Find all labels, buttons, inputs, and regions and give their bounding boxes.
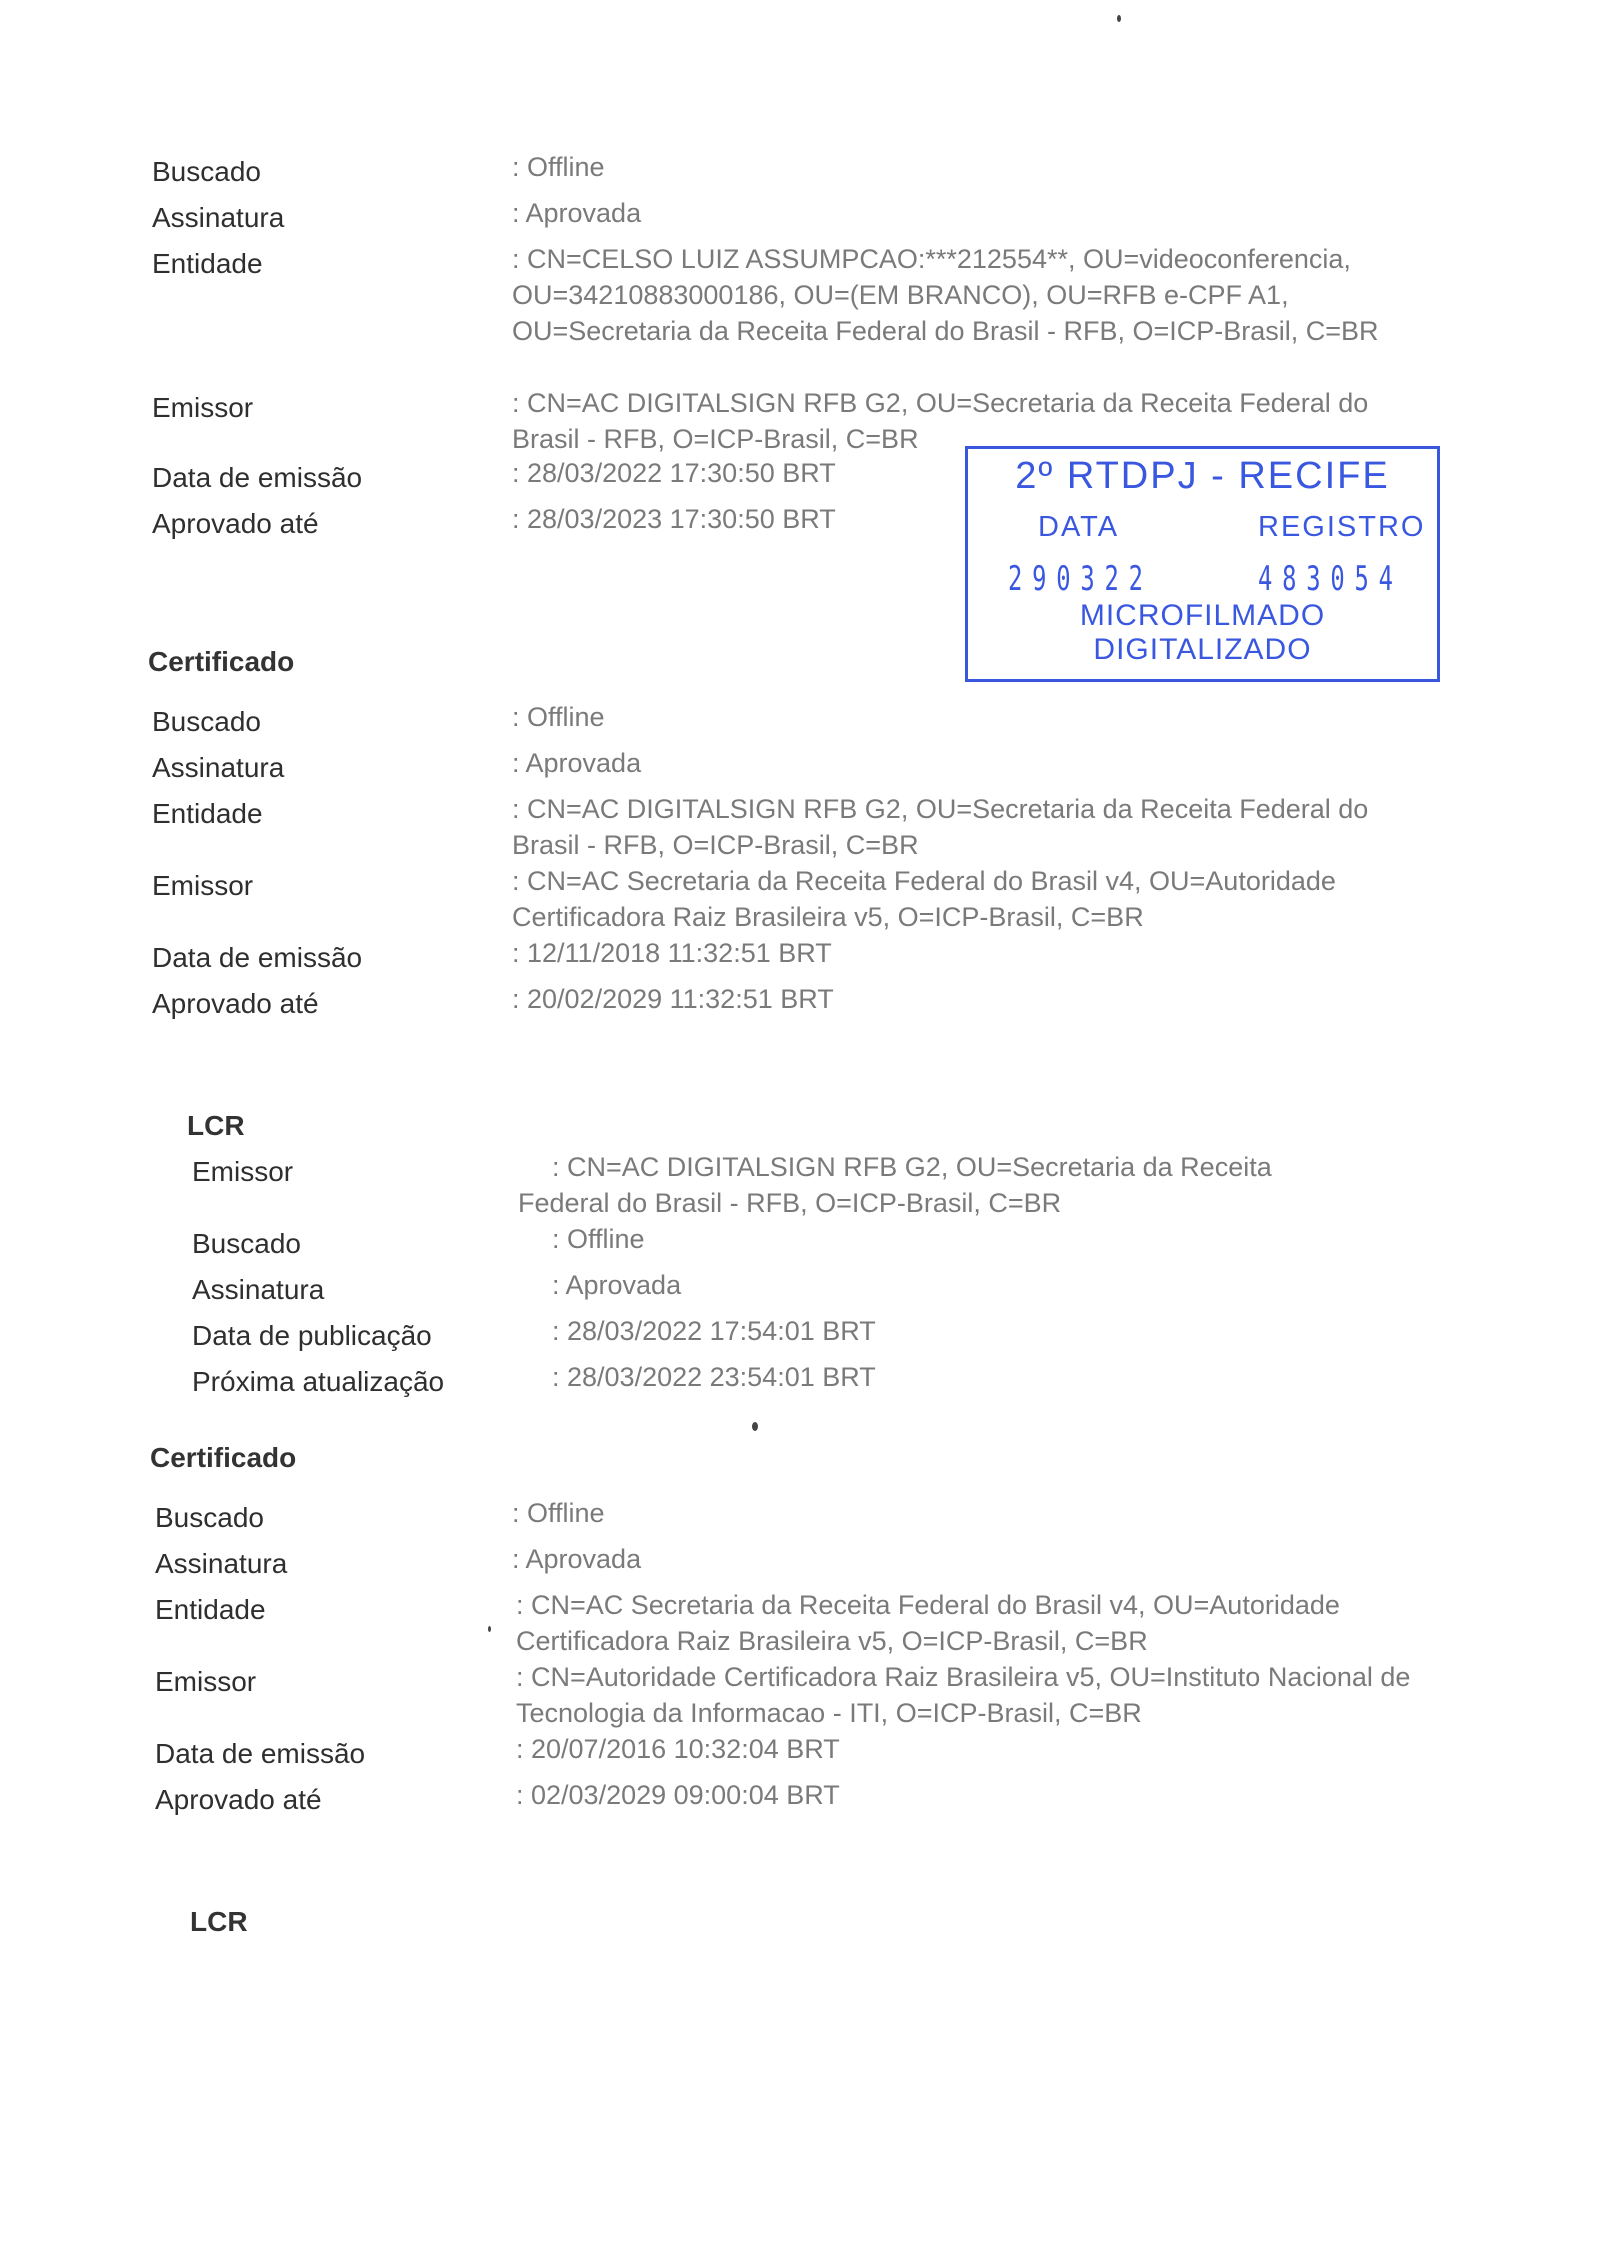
section-heading: Certificado: [148, 646, 294, 678]
field-value: : CN=AC Secretaria da Receita Federal do…: [512, 863, 1452, 935]
field-value: : Aprovada: [512, 195, 1472, 231]
field-value: : Aprovada: [512, 1541, 1472, 1577]
field-value: : Offline: [512, 699, 1472, 735]
field-value: : 12/11/2018 11:32:51 BRT: [512, 935, 912, 971]
section-heading: Certificado: [150, 1442, 296, 1474]
field-label: Aprovado até: [152, 508, 319, 540]
field-value: : 20/02/2029 11:32:51 BRT: [512, 981, 912, 1017]
field-label: Buscado: [155, 1502, 264, 1534]
field-label: Aprovado até: [155, 1784, 322, 1816]
field-value: : Offline: [512, 1495, 1472, 1531]
field-value: : Aprovada: [552, 1267, 1052, 1303]
field-label: Data de emissão: [152, 462, 362, 494]
field-value: : CN=AC DIGITALSIGN RFB G2, OU=Secretari…: [518, 1149, 1368, 1221]
field-value: : 20/07/2016 10:32:04 BRT: [516, 1731, 916, 1767]
field-label: Próxima atualização: [192, 1366, 444, 1398]
field-label: Assinatura: [155, 1548, 287, 1580]
field-value: : Offline: [552, 1221, 1052, 1257]
field-value: : 28/03/2022 17:54:01 BRT: [552, 1313, 1052, 1349]
stamp-title: 2º RTDPJ - RECIFE: [968, 455, 1437, 498]
field-value: : 28/03/2022 23:54:01 BRT: [552, 1359, 1052, 1395]
stamp-date-value: 290322: [1008, 559, 1153, 599]
stamp-date-label: DATA: [1038, 511, 1119, 544]
field-value: : CN=CELSO LUIZ ASSUMPCAO:***212554**, O…: [512, 241, 1442, 349]
field-label: Data de emissão: [152, 942, 362, 974]
field-label: Data de publicação: [192, 1320, 432, 1352]
field-label: Assinatura: [152, 202, 284, 234]
stamp-registry-label: REGISTRO: [1258, 511, 1425, 544]
field-label: Emissor: [155, 1666, 256, 1698]
scan-speck: [752, 1422, 758, 1431]
field-label: Entidade: [152, 798, 263, 830]
field-value: : 02/03/2029 09:00:04 BRT: [516, 1777, 916, 1813]
scan-speck: [1117, 15, 1121, 22]
field-label: Emissor: [152, 392, 253, 424]
field-value: : CN=AC Secretaria da Receita Federal do…: [516, 1587, 1456, 1659]
field-label: Buscado: [152, 706, 261, 738]
field-label: Assinatura: [192, 1274, 324, 1306]
section-heading: LCR: [190, 1906, 248, 1938]
field-label: Emissor: [192, 1156, 293, 1188]
field-label: Aprovado até: [152, 988, 319, 1020]
field-value: : CN=Autoridade Certificadora Raiz Brasi…: [516, 1659, 1456, 1731]
section-heading: LCR: [187, 1110, 245, 1142]
stamp-registry-value: 483054: [1258, 559, 1403, 599]
field-label: Entidade: [152, 248, 263, 280]
field-label: Assinatura: [152, 752, 284, 784]
scan-speck: [488, 1626, 491, 1632]
registry-stamp: 2º RTDPJ - RECIFE DATA REGISTRO 290322 4…: [965, 446, 1440, 682]
field-label: Emissor: [152, 870, 253, 902]
stamp-footer: MICROFILMADO DIGITALIZADO: [968, 599, 1437, 667]
document-page: Buscado : Offline Assinatura : Aprovada …: [0, 0, 1600, 2264]
field-value: : 28/03/2023 17:30:50 BRT: [512, 501, 912, 537]
field-label: Entidade: [155, 1594, 266, 1626]
field-value: : CN=AC DIGITALSIGN RFB G2, OU=Secretari…: [512, 791, 1432, 863]
field-label: Buscado: [192, 1228, 301, 1260]
field-value: : Offline: [512, 149, 1472, 185]
field-label: Data de emissão: [155, 1738, 365, 1770]
field-label: Buscado: [152, 156, 261, 188]
field-value: : 28/03/2022 17:30:50 BRT: [512, 455, 912, 491]
field-value: : Aprovada: [512, 745, 1472, 781]
